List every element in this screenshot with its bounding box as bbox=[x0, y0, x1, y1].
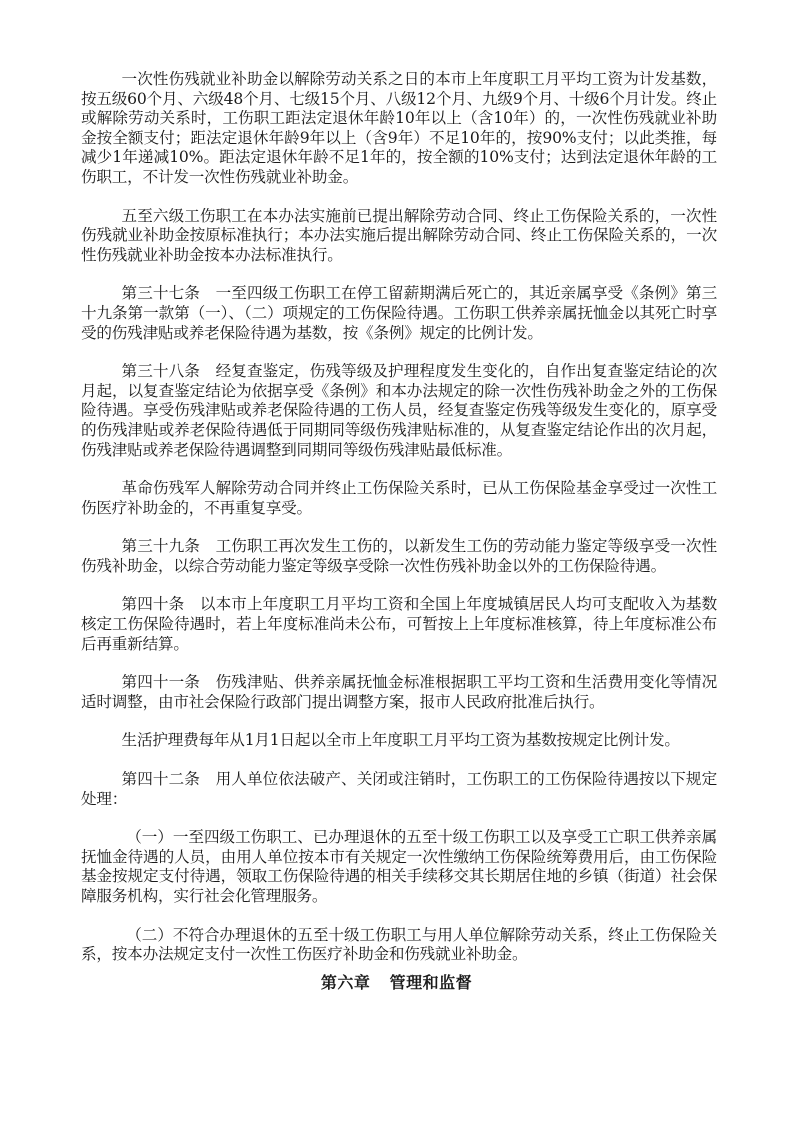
chapter-number: 第六章 bbox=[321, 973, 371, 992]
paragraph-article-42: 第四十二条 用人单位依法破产、关闭或注销时，工伤职工的工伤保险待遇按以下规定处理… bbox=[81, 770, 717, 809]
paragraph-article-38: 第三十八条 经复查鉴定，伤残等级及护理程度发生变化的，自作出复查鉴定结论的次月起… bbox=[81, 362, 717, 460]
paragraph-article-37: 第三十七条 一至四级工伤职工在停工留薪期满后死亡的，其近亲属享受《条例》第三十九… bbox=[81, 284, 717, 343]
paragraph-article-42-item-1: （一）一至四级工伤职工、已办理退休的五至十级工伤职工以及享受工亡职工供养亲属抚恤… bbox=[81, 828, 717, 906]
document-body: 一次性伤残就业补助金以解除劳动关系之日的本市上年度职工月平均工资为计发基数，按五… bbox=[81, 70, 717, 984]
chapter-heading: 第六章管理和监督 bbox=[0, 970, 793, 993]
paragraph-article-42-item-2: （二）不符合办理退休的五至十级工伤职工与用人单位解除劳动关系，终止工伤保险关系，… bbox=[81, 926, 717, 965]
paragraph-article-39: 第三十九条 工伤职工再次发生工伤的，以新发生工伤的劳动能力鉴定等级享受一次性伤残… bbox=[81, 537, 717, 576]
chapter-title: 管理和监督 bbox=[390, 973, 473, 992]
paragraph-article-41: 第四十一条 伤残津贴、供养亲属抚恤金标准根据职工平均工资和生活费用变化等情况适时… bbox=[81, 673, 717, 712]
paragraph-nursing-fee: 生活护理费每年从1月1日起以全市上年度职工月平均工资为基数按规定比例计发。 bbox=[81, 731, 717, 751]
paragraph-article-40: 第四十条 以本市上年度职工月平均工资和全国上年度城镇居民人均可支配收入为基数核定… bbox=[81, 595, 717, 654]
paragraph-grade-5-6-transition: 五至六级工伤职工在本办法实施前已提出解除劳动合同、终止工伤保险关系的，一次性伤残… bbox=[81, 207, 717, 266]
paragraph-disability-employment-subsidy: 一次性伤残就业补助金以解除劳动关系之日的本市上年度职工月平均工资为计发基数，按五… bbox=[81, 70, 717, 188]
paragraph-revolutionary-veterans: 革命伤残军人解除劳动合同并终止工伤保险关系时，已从工伤保险基金享受过一次性工伤医… bbox=[81, 479, 717, 518]
